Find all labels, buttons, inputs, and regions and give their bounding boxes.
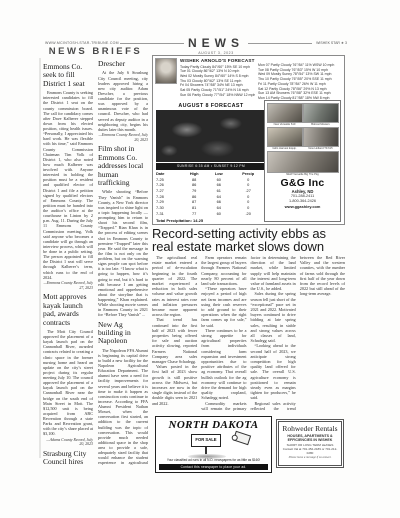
nd-ad-title: NORTH DAKOTA	[156, 419, 271, 431]
brief-credit: —Emmons County Record, July 27, 2023	[43, 281, 93, 291]
brief-body: The Mott City Council approved the place…	[43, 329, 93, 437]
photo-caption: NEW Versatile Big Tire Pkg	[267, 173, 339, 176]
newspaper-page: WWW.MCINTOSH-STAR-TRIBUNE.COM NEWS AUGUS…	[0, 0, 400, 518]
brief-body: At the July 6 Strasburg City Council mee…	[98, 70, 148, 132]
brief-headline: Film shot in Emmons Co. addresses local …	[98, 145, 148, 187]
brief-body: While shooting “Before They Vanish” in E…	[98, 189, 148, 317]
equipment-photo	[267, 151, 339, 173]
forecaster-photo	[155, 58, 177, 84]
brief-item: Emmons Co. seek to fill District 1 seat …	[43, 63, 93, 290]
article-body: The agricultural real estate market ente…	[152, 255, 345, 415]
brief-headline: Mott approves kayak launch pad, awards c…	[43, 293, 93, 327]
article-paragraph: Values posted in the first half of 2023 …	[152, 364, 197, 406]
page-number: WISHEK STAR ★ 3	[316, 41, 347, 45]
equipment-photo	[303, 127, 339, 147]
sunrise-sunset-bar: SUNRISE 6:35 AM • SUNSET 9:12 PM	[156, 163, 266, 170]
nd-ad-text: Your classified ad runs in all N.D. news…	[160, 459, 267, 463]
cell-date: 7-31	[156, 210, 181, 216]
page-fold-shadow	[39, 58, 41, 458]
masthead-rule	[120, 43, 184, 44]
website-url: WWW.MCINTOSH-STAR-TRIBUNE.COM	[45, 41, 119, 45]
brief-item: Film shot in Emmons Co. addresses local …	[98, 145, 148, 317]
news-briefs-title: NEWS BRIEFS	[43, 46, 148, 57]
brief-headline: Emmons Co. seek to fill District 1 seat	[43, 63, 93, 88]
brief-item: Mott approves kayak launch pad, awards c…	[43, 293, 93, 447]
article-paragraph: That trend has continued into the first …	[152, 317, 197, 364]
rohweder-rentals-ad: Rohweder Rentals HOUSES, APARTMENTS & EF…	[276, 419, 344, 468]
ad-photo-cell: NEW Versatile Big Tire Pkg	[267, 151, 339, 176]
rohweder-line: HOUSES, APARTMENTS & EFFICIENCIES IN WIS…	[280, 434, 340, 443]
ad-photo-cell: G&G Harvest Equip.	[267, 127, 303, 150]
ad-photo-cell: Bobcat Mowers	[303, 103, 339, 126]
photo-caption: New Holland T9.615	[303, 147, 339, 150]
nd-classifieds-ad: NORTH DAKOTA FOR SALE Your classified ad…	[155, 416, 272, 473]
forecast-title: WISHEK ARNOLD'S FORECAST	[180, 58, 255, 63]
for-sale-sign: FOR SALE	[191, 434, 221, 447]
cell-high: 77	[181, 210, 207, 216]
photo-caption: G&G Harvest Equip.	[267, 147, 303, 150]
brief-credit: —Adams County Record, July 20, 2023	[43, 438, 93, 448]
photo-caption: New Versatile 610	[267, 123, 303, 126]
article-paragraph: The agricultural real estate market ente…	[152, 255, 197, 317]
map-forecast-title: AUGUST 8 FORECAST	[153, 103, 269, 109]
news-briefs-flow: Emmons Co. seek to fill District 1 seat …	[43, 60, 148, 470]
article-paragraph: Sales during the spring season fell just…	[251, 291, 296, 343]
masthead-rule	[248, 43, 312, 44]
news-briefs-column: NEWS BRIEFS Emmons Co. seek to fill Dist…	[43, 46, 148, 470]
cell-low: 60	[207, 210, 230, 216]
gg-ad-name: G&G Inc	[267, 178, 339, 189]
brief-body: Emmons County is seeking interested cand…	[43, 90, 93, 280]
rohweder-line: Please leave a message if no answer.	[280, 456, 340, 460]
gg-ad-website: www.ggashley.com	[267, 204, 339, 209]
article-headline: Record-setting activity ebbs as real est…	[152, 227, 349, 254]
rohweder-title: Rohweder Rentals	[280, 424, 340, 433]
weather-map-image	[156, 110, 266, 162]
weather-forecast-box: WISHEK ARNOLD'S FORECAST Today Partly Cl…	[152, 55, 345, 225]
forecast-line: Sun 06 Partly Cloudy 77°/54° 18% NNW 12 …	[180, 93, 255, 98]
equipment-photo	[267, 103, 303, 123]
section-title: NEWS	[188, 36, 244, 50]
gg-equipment-ad: New Versatile 610 Bobcat Mowers G&G Harv…	[264, 100, 341, 222]
equipment-photo	[303, 103, 339, 123]
article-paragraph: “Looking ahead to the second half of 202…	[251, 343, 296, 400]
article-paragraph: Farm operators remain the largest group …	[201, 255, 246, 286]
price-tag-icon	[233, 431, 251, 445]
brief-credit: —Emmons County Record, July 20, 2023	[98, 133, 148, 143]
ad-photo-cell: New Versatile 610	[267, 103, 303, 126]
article-paragraph: “These operators have enjoyed a period o…	[201, 286, 246, 328]
photo-caption: Bobcat Mowers	[303, 123, 339, 126]
article-paragraph: There continues to be a strong appetite …	[201, 328, 246, 401]
ad-photo-cell: New Holland T9.615	[303, 127, 339, 150]
brief-headline: New Ag building in Napoleon	[98, 321, 148, 346]
nd-ad-contact-bar: Contact this newspaper to place your ad.	[159, 464, 268, 470]
equipment-photo	[267, 127, 303, 147]
weather-history-table: Date High Low Precip 7-25 88 60 0 7-26 8…	[156, 171, 266, 217]
table-row: 7-31 77 60 .20	[156, 210, 266, 216]
cell-precip: .20	[230, 210, 266, 216]
gg-contact-block: G&G Inc Ashley, ND 701-288-2411 1-800-36…	[267, 178, 339, 209]
forecast-line: Wed 02 Mostly Sunny 84°/60° 14% S 8 mph	[180, 74, 255, 79]
